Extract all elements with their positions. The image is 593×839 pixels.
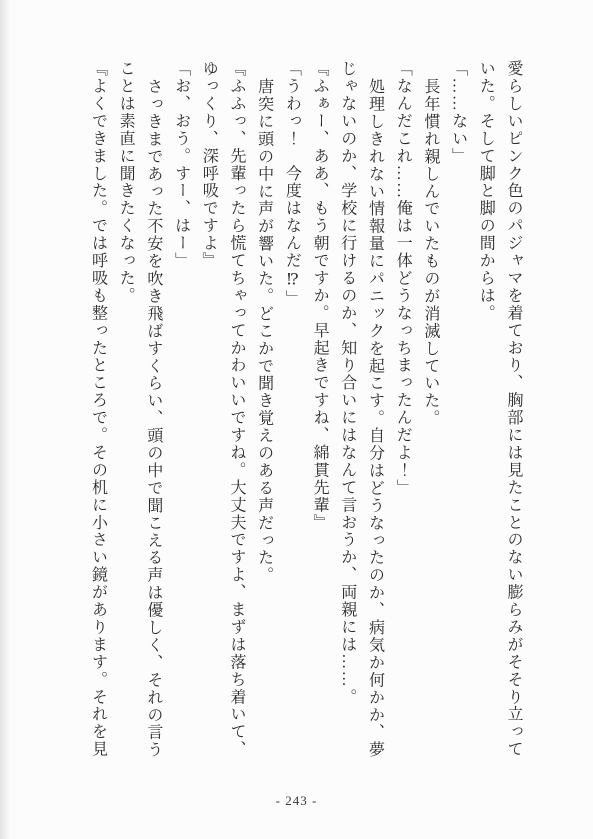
page-edge-shadow (0, 0, 10, 839)
text-column: 「お、おう。すー、はー」 (167, 60, 195, 764)
text-column: 『よくできました。では呼吸も整ったところで。その机に小さい鏡があります。それを見 (84, 60, 112, 764)
text-column: 愛らしいピンク色のパジャマを着ており、胸部には見たことのない膨らみがそそり立って (499, 60, 527, 764)
text-column: さっきまであった不安を吹き飛ばすくらい、頭の中で聞こえる声は優しく、それの言う (139, 60, 167, 764)
text-column: 処理しきれない情報量にパニックを起こす。自分はどうなったのか、病気か何かか、夢 (361, 60, 389, 764)
text-column: じゃないのか、学校に行けるのか、知り合いにはなんて言おうか、両親には……。 (333, 60, 361, 764)
text-column: ことは素直に聞きたくなった。 (111, 60, 139, 764)
text-column: いた。そして脚と脚の間からは。 (472, 60, 500, 764)
text-column: 「うわっ！ 今度はなんだ⁉」 (278, 60, 306, 764)
vertical-text-block: 愛らしいピンク色のパジャマを着ており、胸部には見たことのない膨らみがそそり立って… (84, 60, 527, 764)
text-column: 「……ない」 (444, 60, 472, 764)
text-column: ゆっくり、深呼吸ですよ』 (195, 60, 223, 764)
text-column: 『ふふっ、先輩ったら慌てちゃってかわいいですね。大丈夫ですよ、まずは落ち着いて、 (222, 60, 250, 764)
text-column: 唐突に頭の中に声が響いた。どこかで聞き覚えのある声だった。 (250, 60, 278, 764)
text-column: 長年慣れ親しんでいたものが消滅していた。 (416, 60, 444, 764)
page-number: - 243 - (0, 793, 593, 809)
text-column: 「なんだこれ……俺は一体どうなっちまったんだよ！」 (388, 60, 416, 764)
book-page: 愛らしいピンク色のパジャマを着ており、胸部には見たことのない膨らみがそそり立って… (0, 0, 593, 839)
text-column: 『ふぁー、ああ、もう朝ですか。早起きですね、綿貫先輩』 (305, 60, 333, 764)
